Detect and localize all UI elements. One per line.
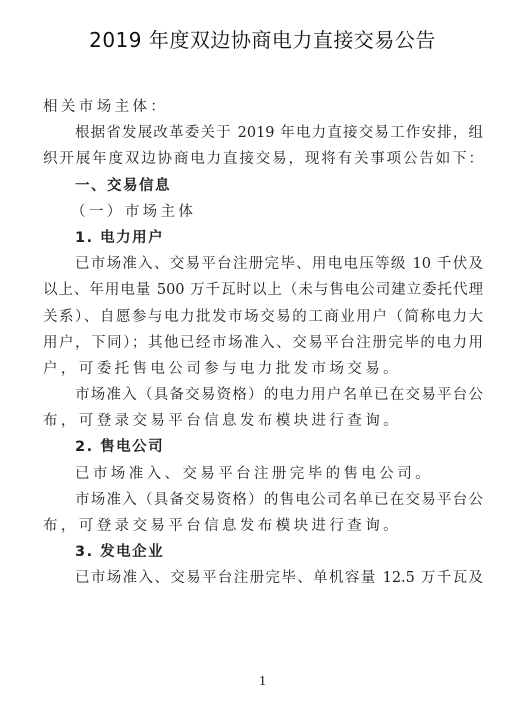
salutation: 相关市场主体： bbox=[43, 94, 483, 120]
document-title: 2019 年度双边协商电力直接交易公告 bbox=[0, 24, 525, 53]
paragraph-line: 已市场准入、交易平台注册完毕、单机容量 12.5 万千瓦及 bbox=[43, 565, 483, 591]
item-heading: 1. 电力用户 bbox=[43, 225, 483, 251]
paragraph-line: 已市场准入、交易平台注册完毕、用电电压等级 10 千伏及 bbox=[43, 251, 483, 277]
paragraph-line: 市场准入（具备交易资格）的售电公司名单已在交易平台公 bbox=[43, 487, 483, 513]
paragraph-line: 关系）、自愿参与电力批发市场交易的工商业用户（简称电力大 bbox=[43, 304, 483, 330]
paragraph-line: 户，可委托售电公司参与电力批发市场交易。 bbox=[43, 356, 483, 382]
paragraph-line: 用户，下同）；其他已经市场准入、交易平台注册完毕的电力用 bbox=[43, 330, 483, 356]
paragraph-line: 以上、年用电量 500 万千瓦时以上（未与售电公司建立委托代理 bbox=[43, 277, 483, 303]
item-heading: 3. 发电企业 bbox=[43, 539, 483, 565]
section-heading: 一、交易信息 bbox=[43, 173, 483, 199]
page-number: 1 bbox=[0, 674, 525, 690]
paragraph-line: 已市场准入、交易平台注册完毕的售电公司。 bbox=[43, 461, 483, 487]
paragraph-line: 布，可登录交易平台信息发布模块进行查询。 bbox=[43, 513, 483, 539]
intro-line: 根据省发展改革委关于 2019 年电力直接交易工作安排，组 bbox=[43, 120, 483, 146]
subsection-heading: （一）市场主体 bbox=[43, 199, 483, 225]
item-heading: 2. 售电公司 bbox=[43, 434, 483, 460]
paragraph-line: 市场准入（具备交易资格）的电力用户名单已在交易平台公 bbox=[43, 382, 483, 408]
paragraph-line: 布，可登录交易平台信息发布模块进行查询。 bbox=[43, 408, 483, 434]
document-body: 相关市场主体： 根据省发展改革委关于 2019 年电力直接交易工作安排，组 织开… bbox=[43, 94, 483, 592]
intro-line: 织开展年度双边协商电力直接交易，现将有关事项公告如下： bbox=[43, 146, 483, 172]
